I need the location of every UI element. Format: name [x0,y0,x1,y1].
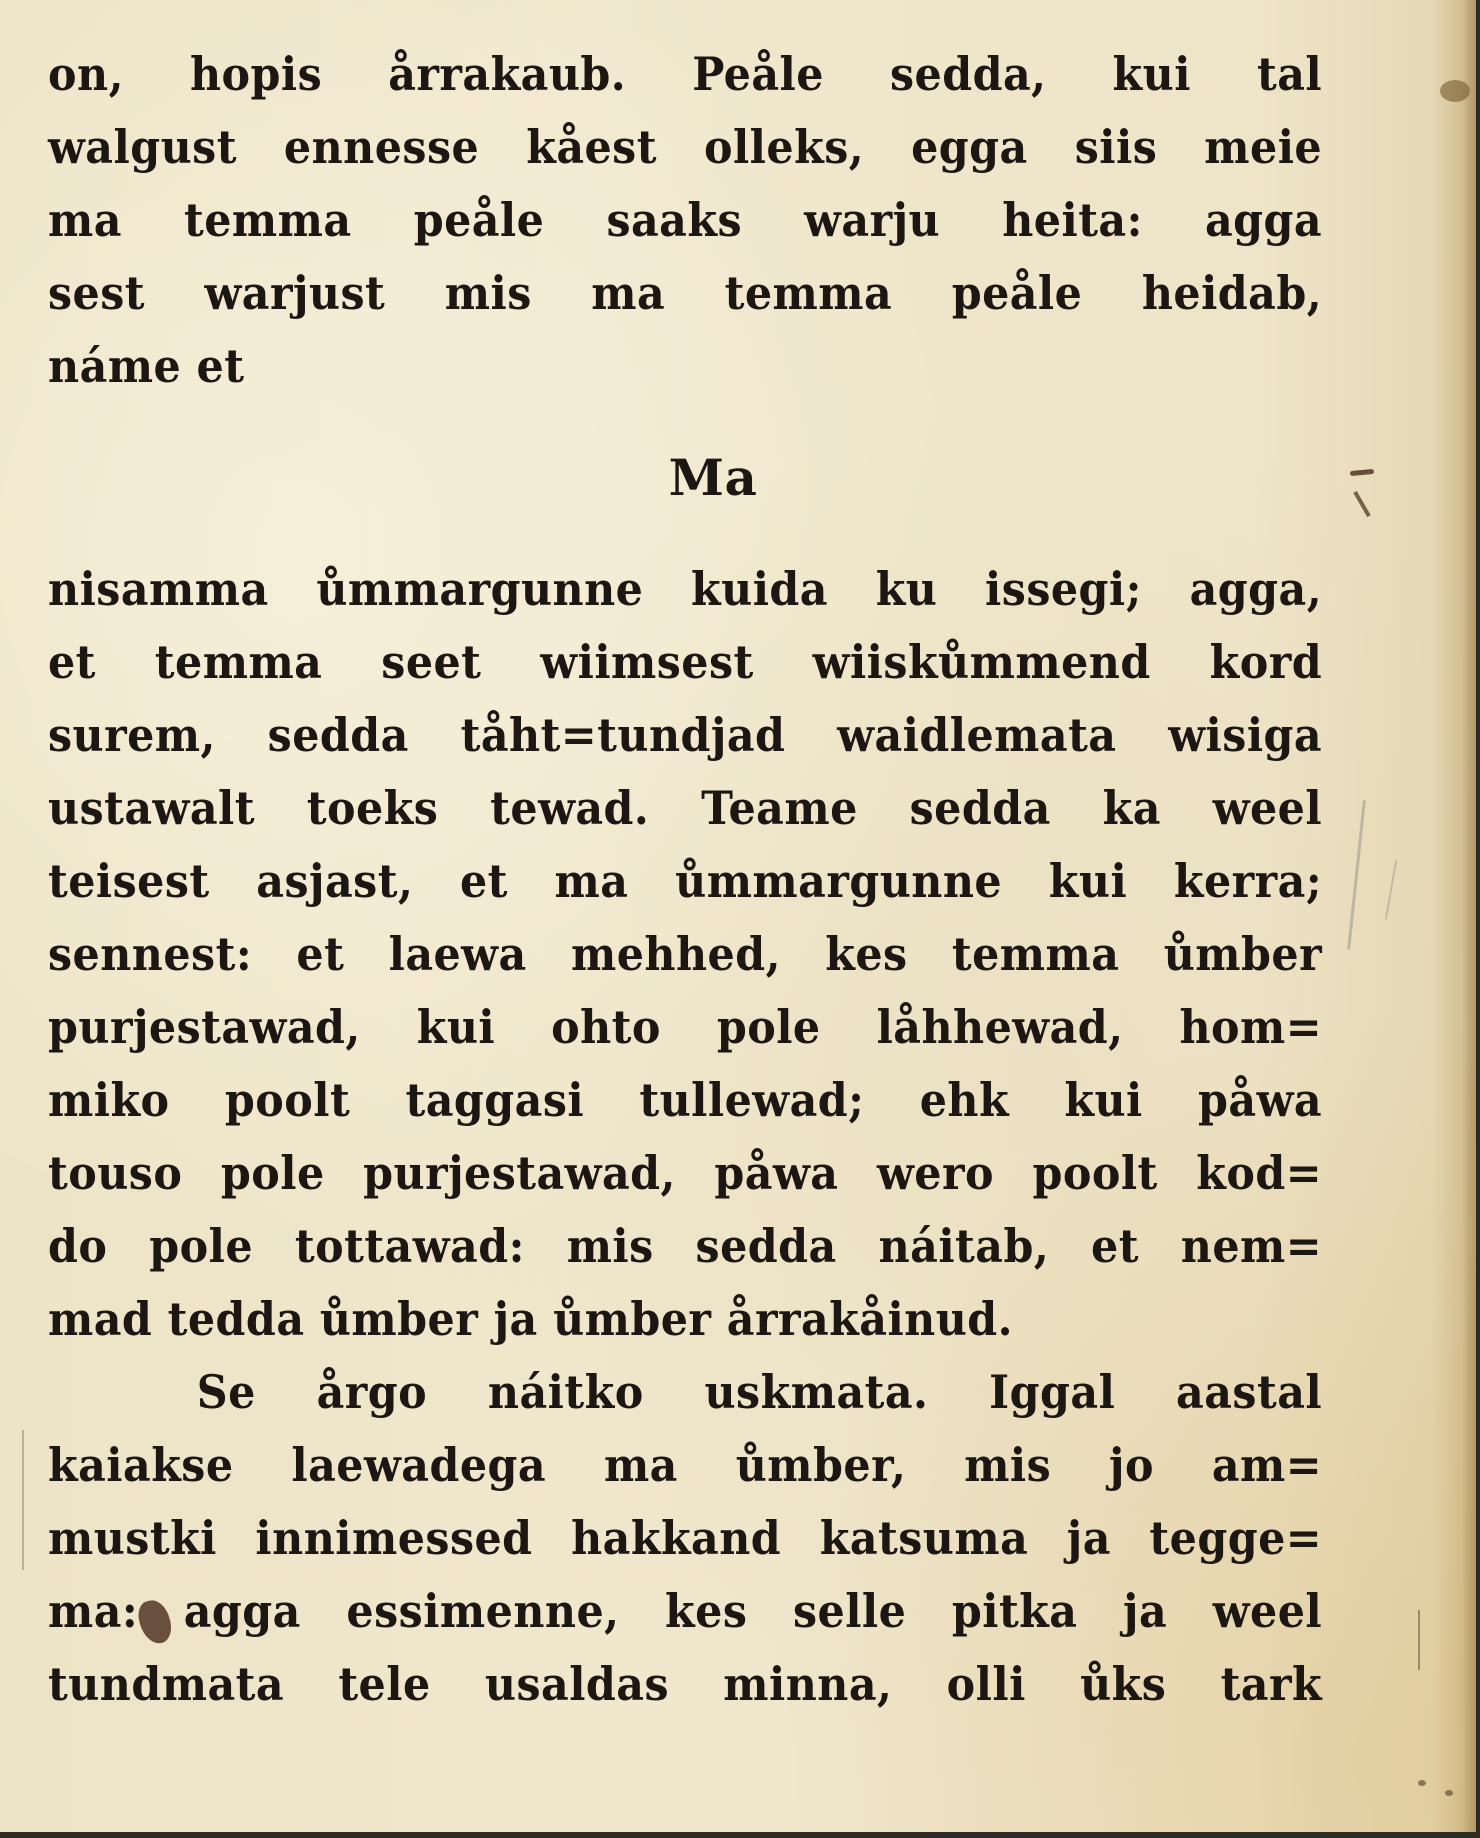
scanned-book-page: on, hopis årrakaub. Peåle sedda, kui tal… [0,0,1480,1838]
paper-speck [1353,491,1370,517]
pencil-marginalia [1385,860,1397,919]
text-line: purjestawad, kui ohto pole låhhewad, hom… [48,991,1322,1064]
text-line: ma: agga essimenne, kes selle pitka ja w… [48,1575,1322,1648]
text-line: mad tedda ůmber ja ůmber årrakåinud. [48,1283,1322,1356]
paper-speck [1418,1780,1426,1786]
paper-speck [1445,1790,1453,1796]
page-text: on, hopis årrakaub. Peåle sedda, kui tal… [48,38,1318,1721]
text-line: walgust ennesse kåest olleks, egga siis … [48,111,1322,184]
text-line: ustawalt toeks tewad. Teame sedda ka wee… [48,772,1322,845]
text-line: kaiakse laewadega ma ůmber, mis jo am= [48,1429,1322,1502]
text-line: miko poolt taggasi tullewad; ehk kui påw… [48,1064,1322,1137]
text-line: et temma seet wiimsest wiiskůmmend kord [48,626,1322,699]
text-line: ma temma peåle saaks warju heita: agga [48,184,1322,257]
text-line: surem, sedda tåht=tundjad waidlemata wis… [48,699,1322,772]
text-line: teisest asjast, et ma ůmmargunne kui ker… [48,845,1322,918]
pencil-margin-line [22,1430,24,1570]
text-line: sest warjust mis ma temma peåle heidab, [48,257,1322,330]
catchword: Ma [48,403,1318,553]
text-line: do pole tottawad: mis sedda náitab, et n… [48,1210,1322,1283]
binding-shadow [1462,0,1476,1832]
text-line: Se årgo náitko uskmata. Iggal aastal [48,1356,1322,1429]
text-line: nisamma ůmmargunne kuida ku issegi; agga… [48,553,1322,626]
text-line: náme et [48,330,1322,403]
pencil-marginalia [1347,800,1366,949]
text-line: tundmata tele usaldas minna, olli ůks ta… [48,1648,1322,1721]
pencil-margin-line [1418,1610,1420,1670]
text-line: mustki innimessed hakkand katsuma ja teg… [48,1502,1322,1575]
paper-speck [1350,469,1374,476]
text-line: touso pole purjestawad, påwa wero poolt … [48,1137,1322,1210]
text-line: on, hopis årrakaub. Peåle sedda, kui tal [48,38,1322,111]
text-line: sennest: et laewa mehhed, kes temma ůmbe… [48,918,1322,991]
